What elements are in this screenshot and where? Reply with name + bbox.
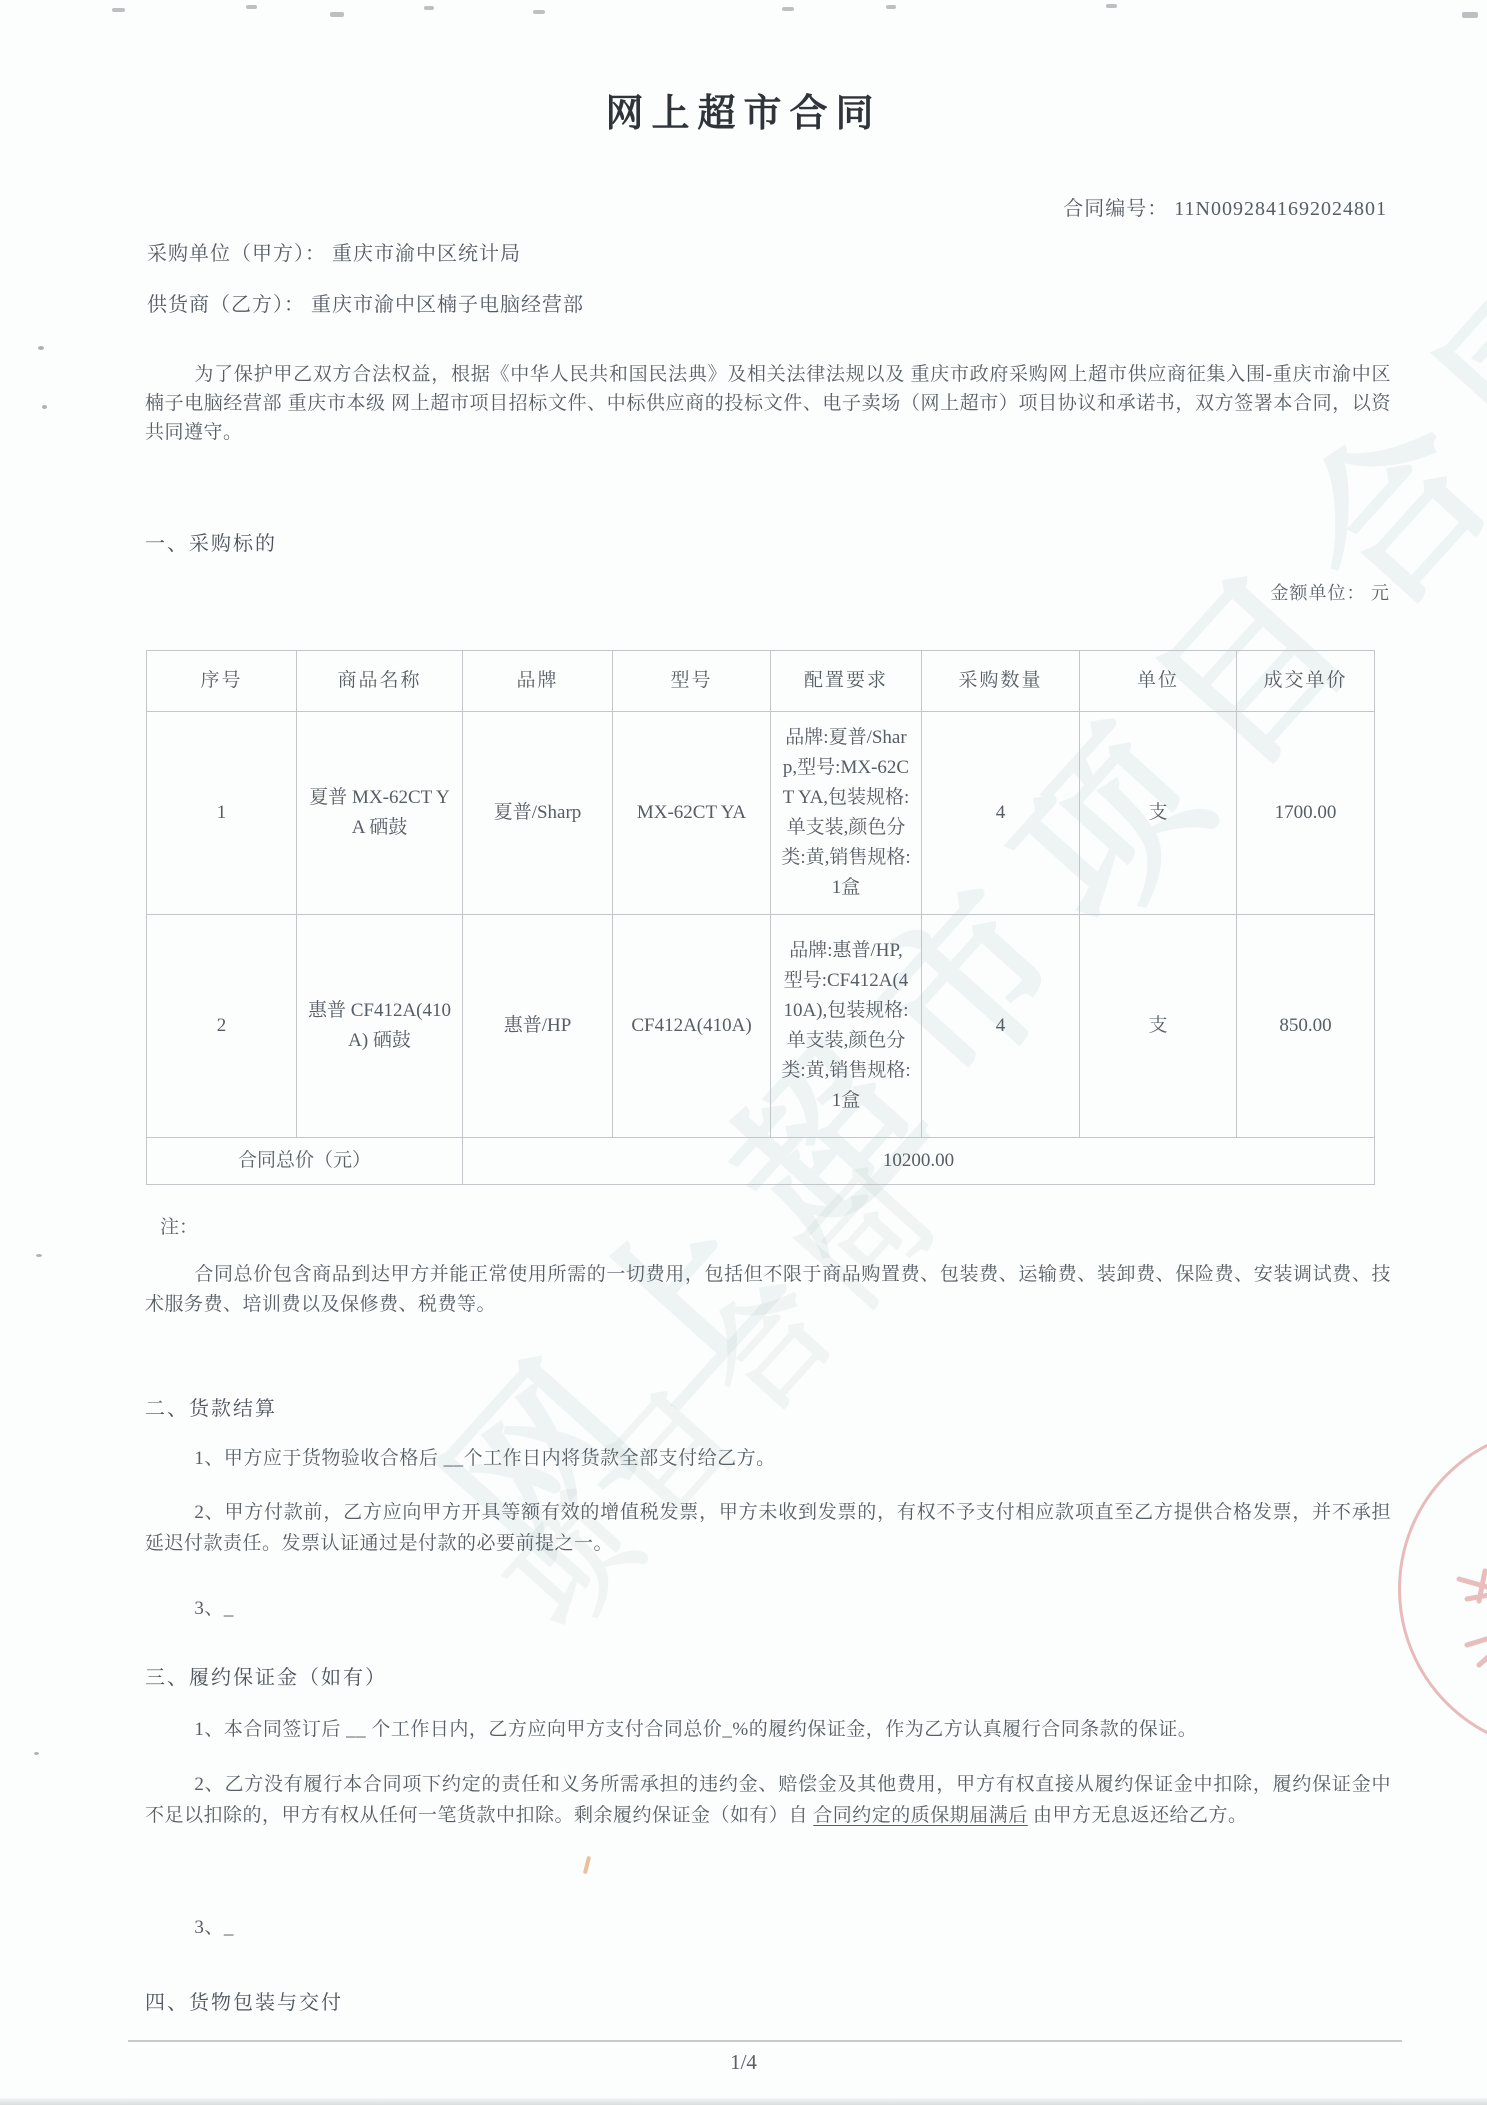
cell-unit-price: 850.00 [1237,915,1375,1138]
party-b-name: 重庆市渝中区楠子电脑经营部 [311,294,584,316]
cell-quantity: 4 [922,712,1080,915]
section-3-item-1: 1、本合同签订后 __ 个工作日内，乙方应向甲方支付合同总价_%的履约保证金，作… [145,1715,1391,1744]
red-seal [1398,1426,1487,1752]
cell-seq: 2 [147,915,297,1138]
table-total-row: 合同总价（元） 10200.00 [147,1138,1375,1185]
cell-spec: 品牌:夏普/Sharp,型号:MX-62CT YA,包装规格:单支装,颜色分类:… [771,712,922,915]
section-3-item-3: 3、_ [145,1913,1391,1942]
total-value-cell: 10200.00 [463,1138,1375,1185]
cell-brand: 惠普/HP [463,915,613,1138]
column-header-quantity: 采购数量 [922,651,1080,712]
total-label-cell: 合同总价（元） [147,1138,463,1185]
amount-unit-note: 金额单位： 元 [1271,579,1391,605]
column-header-unit: 单位 [1080,651,1237,712]
scan-speck [34,1752,39,1755]
section-3-item-2-text-end: 由甲方无息返还给乙方。 [1028,1805,1248,1826]
contract-page: 网上超市项目合同 项目合同 网上超市合同 合同编号： 11N0092841692… [0,0,1487,2105]
cell-model: MX-62CT YA [613,712,771,915]
column-header-brand: 品牌 [463,651,613,712]
scan-mark [782,7,794,11]
column-header-model: 型号 [613,651,771,712]
column-header-seq: 序号 [147,651,297,712]
contract-number-label: 合同编号： [1063,198,1168,220]
party-a-label: 采购单位（甲方）： [147,243,326,265]
party-a-name: 重庆市渝中区统计局 [332,243,521,265]
cell-unit: 支 [1080,712,1237,915]
contract-number-line: 合同编号： 11N0092841692024801 [1063,192,1387,221]
section-2-item-3: 3、_ [145,1594,1391,1623]
bleed-through-watermark-secondary: 项目合同 [463,1111,982,1660]
section-2-item-2: 2、甲方付款前，乙方应向甲方开具等额有效的增值税发票，甲方未收到发票的，有权不予… [145,1497,1391,1559]
scan-mark [533,10,545,14]
section-1-heading: 一、采购标的 [145,527,277,556]
section-3-item-2-underlined-phrase: 合同约定的质保期届满后 [813,1805,1028,1826]
page-number: 1/4 [0,2050,1487,2075]
ink-smudge [583,1856,591,1874]
section-4-heading: 四、货物包装与交付 [145,1986,343,2015]
cell-spec: 品牌:惠普/HP,型号:CF412A(410A),包装规格:单支装,颜色分类:黄… [771,915,922,1138]
procurement-items-table: 序号 商品名称 品牌 型号 配置要求 采购数量 单位 成交单价 1 夏普 MX-… [146,650,1375,1185]
table-header-row: 序号 商品名称 品牌 型号 配置要求 采购数量 单位 成交单价 [147,651,1375,712]
contract-number-value: 11N0092841692024801 [1174,198,1387,220]
column-header-product-name: 商品名称 [297,651,463,712]
preamble-paragraph: 为了保护甲乙双方合法权益，根据《中华人民共和国民法典》及相关法律法规以及 重庆市… [145,360,1391,447]
cell-brand: 夏普/Sharp [463,712,613,915]
section-2-item-1: 1、甲方应于货物验收合格后 __个工作日内将货款全部支付给乙方。 [145,1444,1391,1473]
party-a-line: 采购单位（甲方）： 重庆市渝中区统计局 [147,237,521,266]
cell-product-name: 夏普 MX-62CT YA 硒鼓 [297,712,463,915]
column-header-spec: 配置要求 [771,651,922,712]
cell-product-name: 惠普 CF412A(410A) 硒鼓 [297,915,463,1138]
section-3-item-2: 2、乙方没有履行本合同项下约定的责任和义务所需承担的违约金、赔偿金及其他费用，甲… [145,1769,1391,1831]
scan-speck [36,1254,42,1257]
section-3-heading: 三、履约保证金（如有） [145,1661,387,1690]
scan-mark [1462,12,1478,18]
seal-characters [1401,1429,1487,1749]
scan-speck [38,346,44,350]
page-title: 网上超市合同 [0,82,1487,137]
scan-bottom-edge [0,2098,1487,2105]
scan-mark [330,12,344,17]
party-b-line: 供货商（乙方）： 重庆市渝中区楠子电脑经营部 [147,288,584,317]
scan-mark [424,6,434,10]
scan-mark [886,5,896,9]
scan-speck [42,405,47,409]
section-2-heading: 二、货款结算 [145,1392,277,1421]
scan-mark [112,8,125,12]
table-row: 2 惠普 CF412A(410A) 硒鼓 惠普/HP CF412A(410A) … [147,915,1375,1138]
cell-quantity: 4 [922,915,1080,1138]
scan-mark [246,5,257,9]
party-b-label: 供货商（乙方）： [147,294,305,316]
column-header-unit-price: 成交单价 [1237,651,1375,712]
note-paragraph: 合同总价包含商品到达甲方并能正常使用所需的一切费用，包括但不限于商品购置费、包装… [145,1260,1391,1320]
cell-unit: 支 [1080,915,1237,1138]
cell-seq: 1 [147,712,297,915]
footer-divider [128,2040,1402,2042]
note-label: 注： [160,1212,198,1239]
table-row: 1 夏普 MX-62CT YA 硒鼓 夏普/Sharp MX-62CT YA 品… [147,712,1375,915]
cell-model: CF412A(410A) [613,915,771,1138]
cell-unit-price: 1700.00 [1237,712,1375,915]
scan-mark [1106,4,1117,8]
